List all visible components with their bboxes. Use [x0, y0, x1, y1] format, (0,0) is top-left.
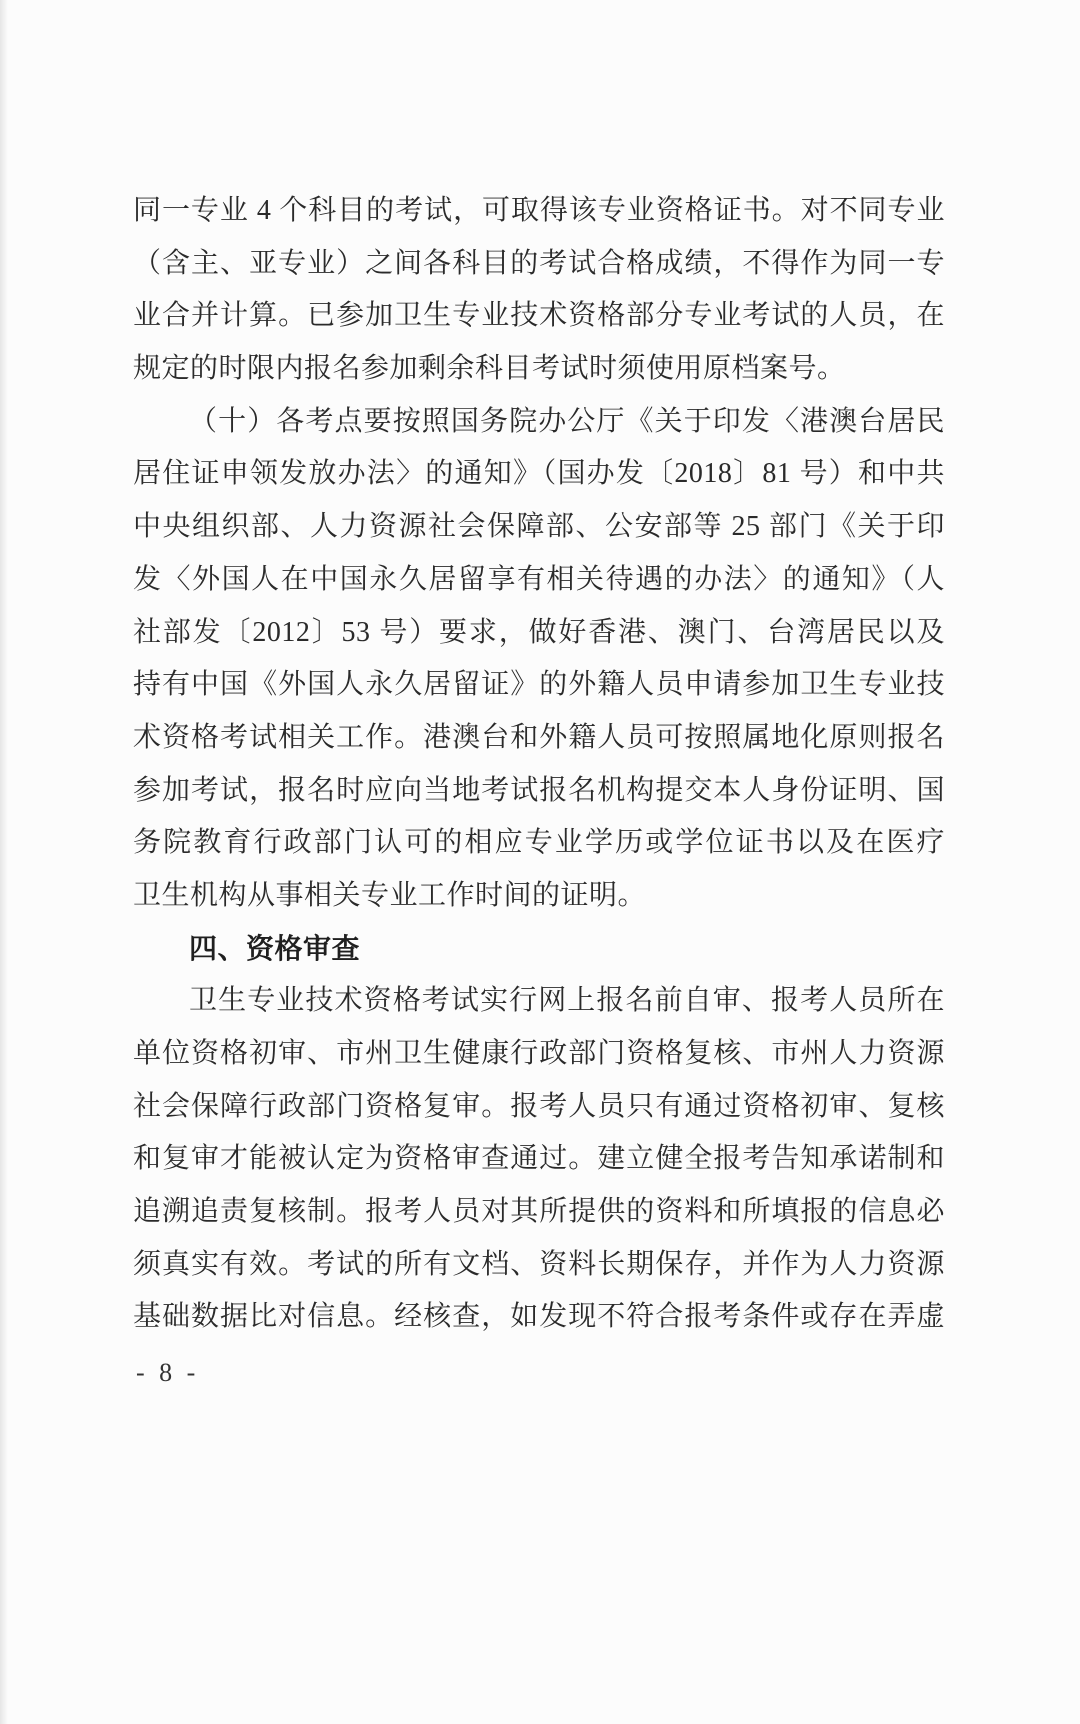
- body-line: 追溯追责复核制。报考人员对其所提供的资料和所填报的信息必: [133, 1186, 945, 1239]
- body-line: 参加考试，报名时应向当地考试报名机构提交本人身份证明、国: [133, 765, 945, 818]
- body-line: 术资格考试相关工作。港澳台和外籍人员可按照属地化原则报名: [133, 712, 945, 765]
- body-line: 须真实有效。考试的所有文档、资料长期保存，并作为人力资源: [133, 1239, 945, 1292]
- section-heading-qualification-review: 四、资格审查: [133, 923, 945, 976]
- paragraph-qualification-review: 卫生专业技术资格考试实行网上报名前自审、报考人员所在 单位资格初审、市州卫生健康…: [133, 975, 945, 1344]
- body-line: 务院教育行政部门认可的相应专业学历或学位证书以及在医疗: [133, 817, 945, 870]
- paragraph-exam-subjects: 同一专业 4 个科目的考试，可取得该专业资格证书。对不同专业 （含主、亚专业）之…: [133, 185, 945, 396]
- body-line: 同一专业 4 个科目的考试，可取得该专业资格证书。对不同专业: [133, 185, 945, 238]
- body-line: （十）各考点要按照国务院办公厅《关于印发〈港澳台居民: [133, 396, 945, 449]
- body-line: （含主、亚专业）之间各科目的考试合格成绩，不得作为同一专: [133, 238, 945, 291]
- body-line: 发〈外国人在中国永久居留享有相关待遇的办法〉的通知》（人: [133, 554, 945, 607]
- body-line: 基础数据比对信息。经核查，如发现不符合报考条件或存在弄虚: [133, 1291, 945, 1344]
- body-line: 规定的时限内报名参加剩余科目考试时须使用原档案号。: [133, 343, 945, 396]
- body-line: 业合并计算。已参加卫生专业技术资格部分专业考试的人员，在: [133, 290, 945, 343]
- body-line: 卫生机构从事相关专业工作时间的证明。: [133, 870, 945, 923]
- page-number: - 8 -: [136, 1356, 199, 1390]
- body-line: 社会保障行政部门资格复审。报考人员只有通过资格初审、复核: [133, 1081, 945, 1134]
- body-line: 单位资格初审、市州卫生健康行政部门资格复核、市州人力资源: [133, 1028, 945, 1081]
- scanned-document-page: 同一专业 4 个科目的考试，可取得该专业资格证书。对不同专业 （含主、亚专业）之…: [0, 0, 1080, 1724]
- body-line: 持有中国《外国人永久居留证》的外籍人员申请参加卫生专业技: [133, 659, 945, 712]
- body-line: 和复审才能被认定为资格审查通过。建立健全报考告知承诺制和: [133, 1133, 945, 1186]
- document-body: 同一专业 4 个科目的考试，可取得该专业资格证书。对不同专业 （含主、亚专业）之…: [133, 185, 945, 1344]
- body-line: 中央组织部、人力资源社会保障部、公安部等 25 部门《关于印: [133, 501, 945, 554]
- paragraph-item-ten-foreign-residents: （十）各考点要按照国务院办公厅《关于印发〈港澳台居民 居住证申领发放办法〉的通知…: [133, 396, 945, 923]
- body-line: 卫生专业技术资格考试实行网上报名前自审、报考人员所在: [133, 975, 945, 1028]
- body-line: 居住证申领发放办法〉的通知》（国办发〔2018〕81 号）和中共: [133, 448, 945, 501]
- body-line: 社部发〔2012〕53 号）要求，做好香港、澳门、台湾居民以及: [133, 607, 945, 660]
